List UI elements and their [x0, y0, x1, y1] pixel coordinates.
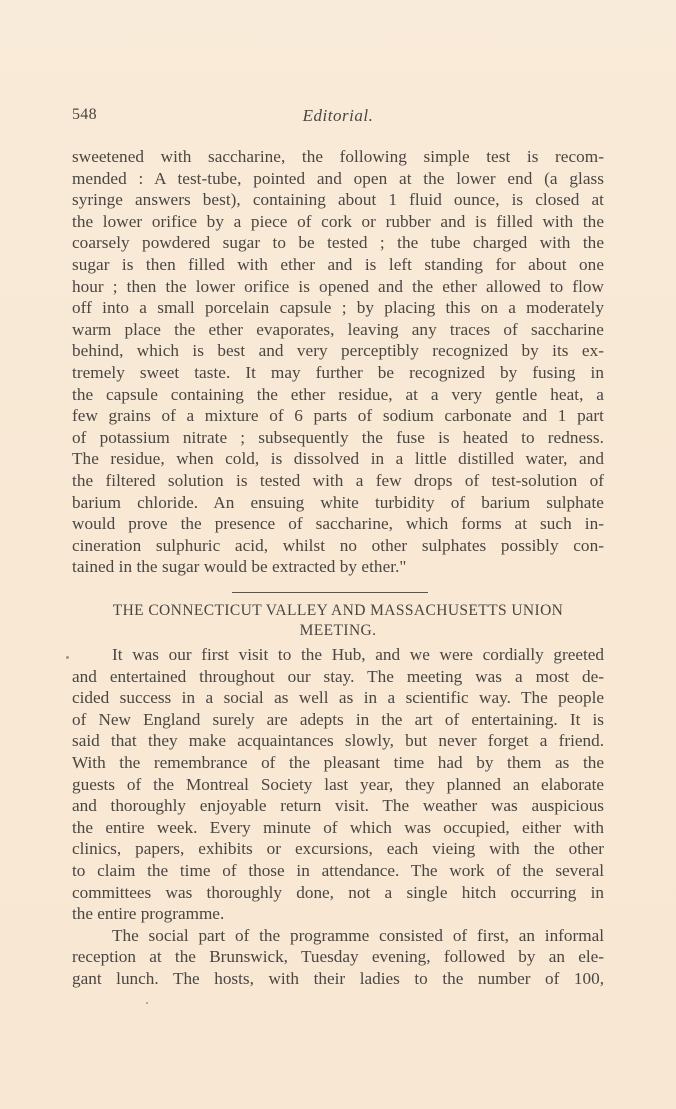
text-line: the capsule containing the ether residue…: [72, 384, 604, 406]
book-page: 548 Editorial. sweetened with saccharine…: [0, 0, 676, 1109]
text-line: With the remembrance of the pleasant tim…: [72, 752, 604, 774]
section-divider: [232, 592, 428, 593]
section-heading-line: THE CONNECTICUT VALLEY AND MASSACHUSETTS…: [72, 601, 604, 621]
text-line: of New England surely are adepts in the …: [72, 709, 604, 731]
running-head: 548 Editorial.: [72, 106, 604, 128]
paper-speck: [146, 1002, 148, 1004]
text-line: warm place the ether evaporates, leaving…: [72, 319, 604, 341]
text-line: gant lunch. The hosts, with their ladies…: [72, 968, 604, 990]
text-line: tremely sweet taste. It may further be r…: [72, 362, 604, 384]
text-line: of potassium nitrate ; subsequently the …: [72, 427, 604, 449]
text-line: syringe answers best), containing about …: [72, 189, 604, 211]
text-line: sweetened with saccharine, the following…: [72, 146, 604, 168]
continued-paragraph: sweetened with saccharine, the following…: [72, 146, 604, 578]
text-line: cided success in a social as well as in …: [72, 687, 604, 709]
text-line: the entire week. Every minute of which w…: [72, 817, 604, 839]
text-line: behind, which is best and very perceptib…: [72, 340, 604, 362]
section-body: It was our first visit to the Hub, and w…: [72, 644, 604, 990]
text-line: coarsely powdered sugar to be tested ; t…: [72, 232, 604, 254]
text-line: The social part of the programme consist…: [72, 925, 604, 947]
text-line: It was our first visit to the Hub, and w…: [72, 644, 604, 666]
text-line: sugar is then filled with ether and is l…: [72, 254, 604, 276]
text-line: to claim the time of those in attendance…: [72, 860, 604, 882]
text-line: cineration sulphuric acid, whilst no oth…: [72, 535, 604, 557]
text-line: the filtered solution is tested with a f…: [72, 470, 604, 492]
section-heading: THE CONNECTICUT VALLEY AND MASSACHUSETTS…: [72, 601, 604, 641]
text-line: the lower orifice by a piece of cork or …: [72, 211, 604, 233]
text-line: barium chloride. An ensuing white turbid…: [72, 492, 604, 514]
text-line: mended : A test-tube, pointed and open a…: [72, 168, 604, 190]
text-line: clinics, papers, exhibits or excursions,…: [72, 838, 604, 860]
text-line: off into a small porcelain capsule ; by …: [72, 297, 604, 319]
section-heading-line: MEETING.: [72, 621, 604, 641]
text-line: few grains of a mixture of 6 parts of so…: [72, 405, 604, 427]
text-line: reception at the Brunswick, Tuesday even…: [72, 946, 604, 968]
text-line: said that they make acquaintances slowly…: [72, 730, 604, 752]
text-line: and entertained throughout our stay. The…: [72, 666, 604, 688]
text-line: guests of the Montreal Society last year…: [72, 774, 604, 796]
text-line: hour ; then the lower orifice is opened …: [72, 276, 604, 298]
running-title: Editorial.: [72, 106, 604, 126]
text-line: committees was thoroughly done, not a si…: [72, 882, 604, 904]
text-line: the entire programme.: [72, 903, 604, 925]
text-line: tained in the sugar would be extracted b…: [72, 556, 604, 578]
paper-speck: [66, 656, 69, 659]
text-line: The residue, when cold, is dissolved in …: [72, 448, 604, 470]
text-line: would prove the presence of saccharine, …: [72, 513, 604, 535]
text-line: and thoroughly enjoyable return visit. T…: [72, 795, 604, 817]
